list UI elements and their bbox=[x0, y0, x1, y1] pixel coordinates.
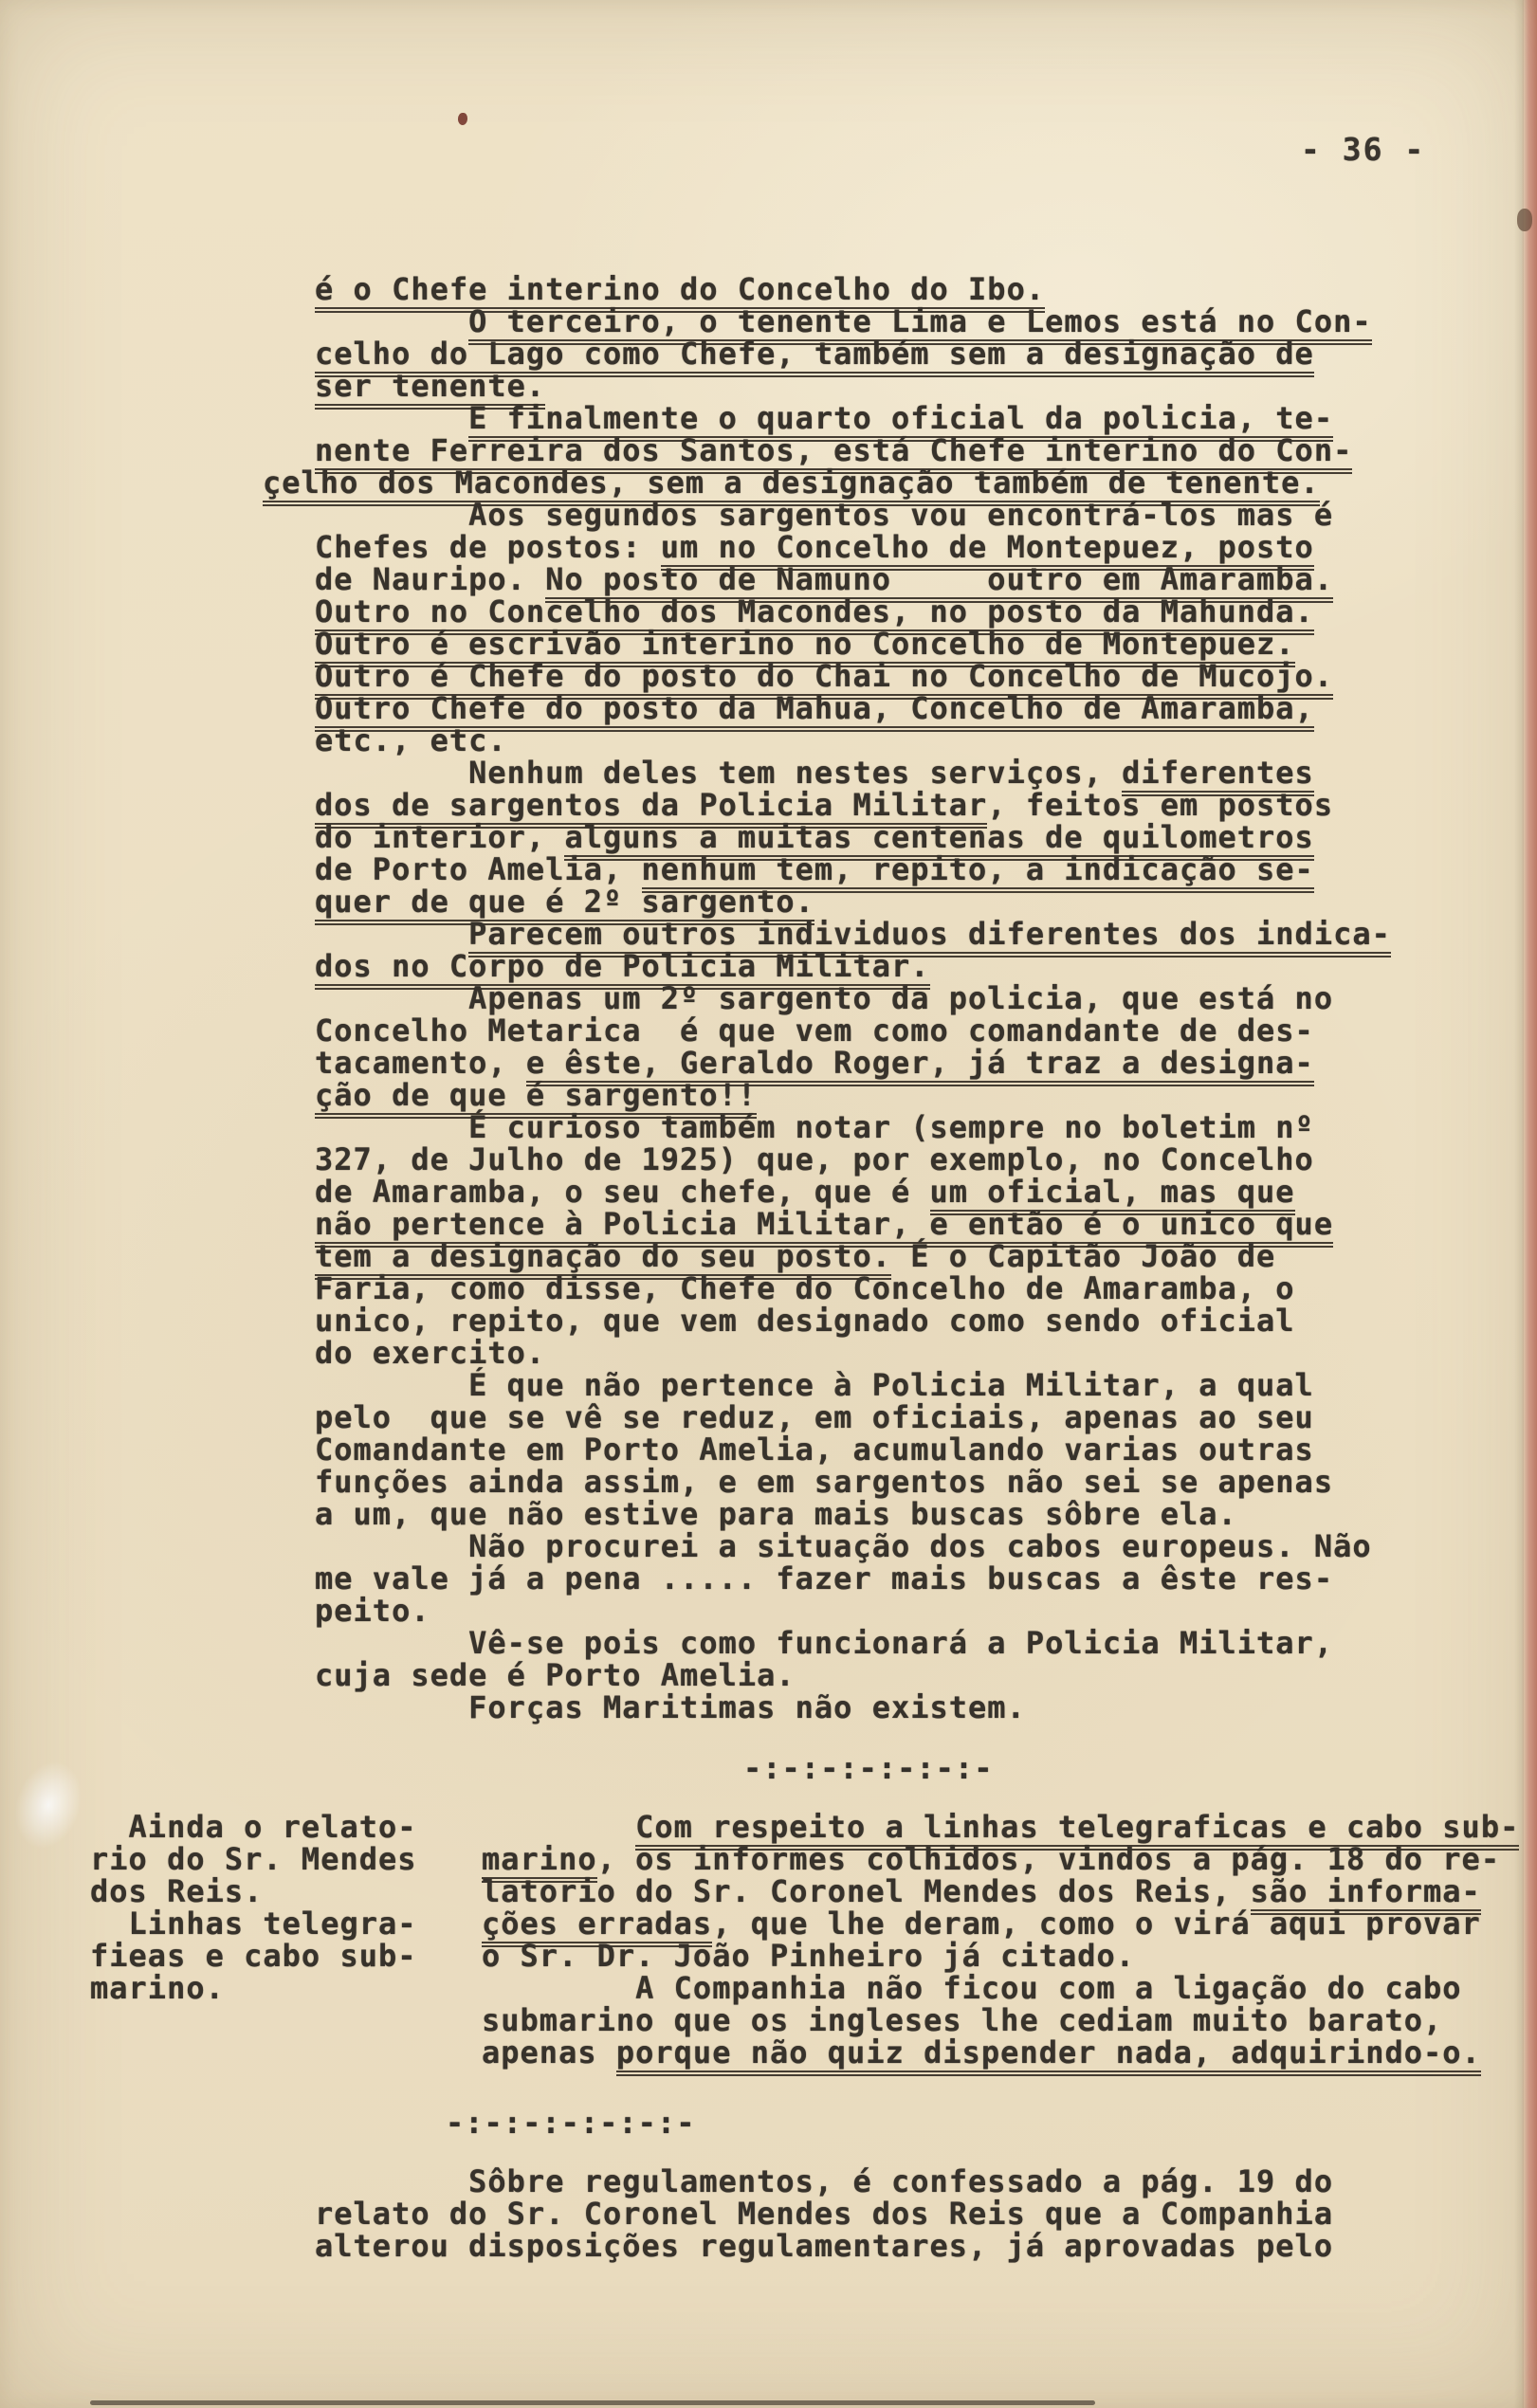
text-line: peito. bbox=[315, 1595, 1391, 1627]
text-run: submarino que os ingleses lhe cediam mui… bbox=[482, 2002, 1442, 2038]
text-line: de Porto Amelia, nenhum tem, repito, a i… bbox=[315, 853, 1391, 885]
text-line: alterou disposições regulamentares, já a… bbox=[315, 2230, 1333, 2262]
text-line: E finalmente o quarto oficial da policia… bbox=[315, 402, 1391, 434]
text-run: funções ainda assim, e em sargentos não … bbox=[315, 1464, 1333, 1500]
text-line: Comandante em Porto Amelia, acumulando v… bbox=[315, 1433, 1391, 1466]
text-line: funções ainda assim, e em sargentos não … bbox=[315, 1466, 1391, 1498]
text-line: Sôbre regulamentos, é confessado a pág. … bbox=[315, 2165, 1333, 2198]
text-line: tacamento, e êste, Geraldo Roger, já tra… bbox=[315, 1047, 1391, 1079]
text-run: É curioso também notar (sempre no boleti… bbox=[315, 1109, 1314, 1145]
margin-notes: Ainda o relato-rio do Sr. Mendesdos Reis… bbox=[90, 1811, 417, 2004]
text-line: Parecem outros individuos diferentes dos… bbox=[315, 918, 1391, 950]
text-line: Nenhum deles tem nestes serviços, difere… bbox=[315, 757, 1391, 789]
text-run: Faria, como disse, Chefe do Concelho de … bbox=[315, 1270, 1295, 1306]
text-line: Vê-se pois como funcionará a Policia Mil… bbox=[315, 1627, 1391, 1659]
underlined-text: porque não quiz dispender nada, adquirin… bbox=[616, 2034, 1481, 2076]
ink-speck bbox=[458, 113, 467, 125]
text-run: Nenhum deles tem nestes serviços, bbox=[315, 755, 1122, 791]
text-run: a um, que não estive para mais buscas sô… bbox=[315, 1496, 1237, 1532]
section-divider-1: -:-:-:-:-:-:- bbox=[743, 1750, 993, 1786]
text-run: fieas e cabo sub- bbox=[90, 1938, 417, 1974]
text-run: etc., etc. bbox=[315, 722, 507, 758]
text-line: de Nauripo. No posto de Namuno outro em … bbox=[315, 563, 1391, 595]
text-line: É que não pertence à Policia Militar, a … bbox=[315, 1369, 1391, 1401]
page-number: - 36 - bbox=[1301, 131, 1425, 168]
text-line: Linhas telegra- bbox=[90, 1907, 417, 1940]
text-line: cuja sede é Porto Amelia. bbox=[315, 1659, 1391, 1691]
text-line: rio do Sr. Mendes bbox=[90, 1843, 417, 1875]
section-divider-2: -:-:-:-:-:-:- bbox=[446, 2105, 695, 2141]
text-line: dos de sargentos da Policia Militar, fei… bbox=[315, 789, 1391, 821]
text-line: não pertence à Policia Militar, e então … bbox=[315, 1208, 1391, 1240]
text-run: do interior, bbox=[315, 819, 564, 855]
text-line: celho do Lago como Chefe, também sem a d… bbox=[315, 337, 1391, 370]
text-line: É curioso também notar (sempre no boleti… bbox=[315, 1111, 1391, 1143]
text-line: Com respeito a linhas telegraficas e cab… bbox=[482, 1811, 1519, 1843]
text-line: 327, de Julho de 1925) que, por exemplo,… bbox=[315, 1143, 1391, 1176]
text-run: marino. bbox=[90, 1970, 225, 2006]
text-run: unico, repito, que vem designado como se… bbox=[315, 1303, 1295, 1339]
text-run: É que não pertence à Policia Militar, a … bbox=[315, 1367, 1314, 1403]
text-line: Outro é Chefe do posto do Chai no Concel… bbox=[315, 660, 1391, 692]
text-run: Apenas um 2º sargento da policia, que es… bbox=[315, 980, 1333, 1016]
text-run: É o Capitão João de bbox=[891, 1238, 1275, 1274]
text-line: marino, os informes colhidos, vindos a p… bbox=[482, 1843, 1519, 1875]
text-line: nente Ferreira dos Santos, está Chefe in… bbox=[315, 434, 1391, 466]
text-line: é o Chefe interino do Concelho do Ibo. bbox=[315, 273, 1391, 305]
text-line: Outro no Concelho dos Macondes, no posto… bbox=[315, 595, 1391, 628]
text-run: alterou disposições regulamentares, já a… bbox=[315, 2228, 1333, 2264]
text-line: Não procurei a situação dos cabos europe… bbox=[315, 1530, 1391, 1562]
text-line: a um, que não estive para mais buscas sô… bbox=[315, 1498, 1391, 1530]
text-run: pelo que se vê se reduz, em oficiais, ap… bbox=[315, 1399, 1314, 1435]
text-run: tacamento, bbox=[315, 1045, 526, 1081]
text-line: Outro é escrivão interino no Concelho de… bbox=[315, 628, 1391, 660]
text-run bbox=[315, 303, 468, 339]
text-run: peito. bbox=[315, 1593, 430, 1629]
text-line: Apenas um 2º sargento da policia, que es… bbox=[315, 982, 1391, 1014]
text-run: latorio do Sr. Coronel Mendes dos Reis, bbox=[482, 1873, 1251, 1909]
text-run: Concelho Metarica é que vem como comanda… bbox=[315, 1012, 1314, 1049]
text-run: de Amaramba, o seu chefe, que é bbox=[315, 1174, 930, 1210]
text-run bbox=[482, 1809, 635, 1845]
text-run: Forças Maritimas não existem. bbox=[315, 1689, 1026, 1725]
main-text-block-1: é o Chefe interino do Concelho do Ibo. O… bbox=[315, 273, 1391, 1724]
text-run: Comandante em Porto Amelia, acumulando v… bbox=[315, 1432, 1314, 1468]
text-line: ções erradas, que lhe deram, como o virá… bbox=[482, 1907, 1519, 1940]
text-line: o Sr. Dr. João Pinheiro já citado. bbox=[482, 1940, 1519, 1972]
main-text-block-3: Sôbre regulamentos, é confessado a pág. … bbox=[315, 2165, 1333, 2262]
text-run: , que lhe deram, como o virá aqui provar bbox=[712, 1906, 1481, 1942]
text-run: relato do Sr. Coronel Mendes dos Reis qu… bbox=[315, 2196, 1333, 2232]
text-line: O terceiro, o tenente Lima e Lemos está … bbox=[315, 305, 1391, 337]
text-line: unico, repito, que vem designado como se… bbox=[315, 1304, 1391, 1337]
edge-smudge bbox=[1517, 209, 1532, 231]
text-line: pelo que se vê se reduz, em oficiais, ap… bbox=[315, 1401, 1391, 1433]
text-run: me vale já a pena ..... fazer mais busca… bbox=[315, 1560, 1333, 1596]
text-run bbox=[315, 400, 468, 436]
text-run: dos Reis. bbox=[90, 1873, 263, 1909]
text-run: apenas bbox=[482, 2034, 616, 2071]
text-run: de Porto Amelia, bbox=[315, 851, 642, 887]
text-line: Forças Maritimas não existem. bbox=[315, 1691, 1391, 1724]
text-line: me vale já a pena ..... fazer mais busca… bbox=[315, 1562, 1391, 1595]
text-run: cuja sede é Porto Amelia. bbox=[315, 1657, 796, 1693]
text-run: Sôbre regulamentos, é confessado a pág. … bbox=[315, 2163, 1333, 2199]
text-run: o Sr. Dr. João Pinheiro já citado. bbox=[482, 1938, 1135, 1974]
text-line: marino. bbox=[90, 1972, 417, 2004]
text-run bbox=[315, 916, 468, 952]
main-text-block-2: Com respeito a linhas telegraficas e cab… bbox=[482, 1811, 1519, 2069]
text-line: submarino que os ingleses lhe cediam mui… bbox=[482, 2004, 1519, 2036]
text-line: çelho dos Macondes, sem a designação tam… bbox=[263, 466, 1391, 499]
text-run: Chefes de postos: bbox=[315, 529, 661, 565]
text-line: Chefes de postos: um no Concelho de Mont… bbox=[315, 531, 1391, 563]
document-page: - 36 - é o Chefe interino do Concelho do… bbox=[0, 0, 1537, 2408]
text-line: A Companhia não ficou com a ligação do c… bbox=[482, 1972, 1519, 2004]
text-line: dos Reis. bbox=[90, 1875, 417, 1907]
bottom-edge-shadow bbox=[90, 2400, 1095, 2405]
text-run: Vê-se pois como funcionará a Policia Mil… bbox=[315, 1625, 1333, 1661]
page-right-edge bbox=[1522, 0, 1537, 2408]
text-line: latorio do Sr. Coronel Mendes dos Reis, … bbox=[482, 1875, 1519, 1907]
text-line: fieas e cabo sub- bbox=[90, 1940, 417, 1972]
text-run: Aos segundos sargentos vou encontrá-los … bbox=[315, 497, 1333, 533]
paper-tear-spot bbox=[5, 1754, 91, 1856]
text-run: Linhas telegra- bbox=[90, 1906, 417, 1942]
text-line: apenas porque não quiz dispender nada, a… bbox=[482, 2036, 1519, 2069]
text-run: 327, de Julho de 1925) que, por exemplo,… bbox=[315, 1141, 1314, 1177]
text-line: Concelho Metarica é que vem como comanda… bbox=[315, 1014, 1391, 1047]
text-line: do exercito. bbox=[315, 1337, 1391, 1369]
text-line: Ainda o relato- bbox=[90, 1811, 417, 1843]
text-run: A Companhia não ficou com a ligação do c… bbox=[482, 1970, 1462, 2006]
text-run: , feitos em postos bbox=[987, 787, 1333, 823]
text-line: tem a designação do seu posto. É o Capit… bbox=[315, 1240, 1391, 1272]
text-run: , os informes colhidos, vindos a pág. 18… bbox=[597, 1841, 1500, 1877]
text-line: Outro Chefe do posto da Mahua, Concelho … bbox=[315, 692, 1391, 724]
text-run: do exercito. bbox=[315, 1335, 545, 1371]
text-line: Aos segundos sargentos vou encontrá-los … bbox=[315, 499, 1391, 531]
text-run: Não procurei a situação dos cabos europe… bbox=[315, 1528, 1372, 1564]
text-line: Faria, como disse, Chefe do Concelho de … bbox=[315, 1272, 1391, 1304]
text-run: de Nauripo. bbox=[315, 561, 545, 597]
text-line: do interior, alguns a muitas centenas de… bbox=[315, 821, 1391, 853]
text-run: rio do Sr. Mendes bbox=[90, 1841, 417, 1877]
text-line: de Amaramba, o seu chefe, que é um ofici… bbox=[315, 1176, 1391, 1208]
text-line: relato do Sr. Coronel Mendes dos Reis qu… bbox=[315, 2198, 1333, 2230]
text-run: Ainda o relato- bbox=[90, 1809, 417, 1845]
